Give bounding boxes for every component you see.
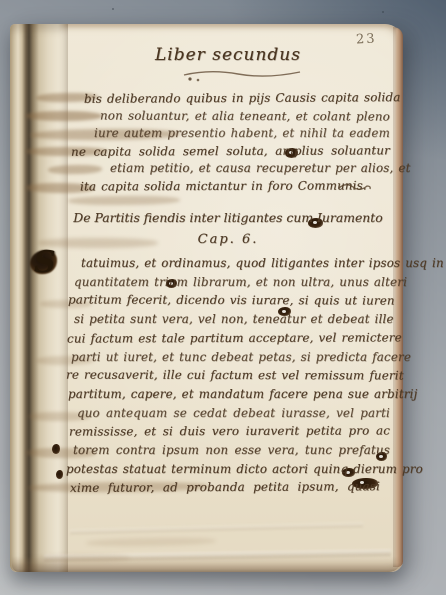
manuscript-line: quo antequam se cedat debeat iurasse, ve… bbox=[77, 404, 390, 423]
manuscript-line: partitum, capere, et mandatum facere pen… bbox=[68, 385, 390, 404]
manuscript-line: torem contra ipsum non esse vera, tunc p… bbox=[73, 441, 390, 460]
manuscript-line: non soluantur, et alia teneant, et colan… bbox=[100, 107, 390, 126]
manuscript-line: remississe, et si duis vero iuraverit pe… bbox=[69, 422, 390, 442]
drop-cap-initial: S bbox=[28, 247, 62, 279]
paragraph-lines: tatuimus, et ordinamus, quod litigantes … bbox=[66, 254, 390, 497]
heading-flourish-decoration bbox=[182, 66, 302, 82]
ink-blot bbox=[52, 444, 60, 454]
manuscript-line: ne capita solida semel soluta, amplius s… bbox=[71, 142, 390, 161]
manuscript-line: etiam petitio, et causa recuperetur per … bbox=[110, 160, 390, 178]
book-title: Liber secundus bbox=[66, 45, 390, 65]
chapter-number: Cap. 6. bbox=[66, 232, 390, 247]
ink-blot bbox=[56, 470, 63, 479]
dust-speck bbox=[112, 8, 114, 10]
manuscript-line: xime futuror, ad probanda petita ipsum, … bbox=[70, 478, 380, 498]
dust-speck bbox=[382, 11, 384, 13]
manuscript-line: cui factum est tale partitum acceptare, … bbox=[67, 328, 390, 348]
paragraph-block-1: bis deliberando quibus in pijs Causis ca… bbox=[66, 90, 390, 195]
manuscript-line: iure autem presentio habent, et nihil ta… bbox=[94, 125, 390, 143]
paragraph-block-2: S tatuimus, et ordinamus, quod litigante… bbox=[66, 254, 390, 497]
manuscript-line: si petita sunt vera, vel non, teneatur e… bbox=[74, 310, 390, 329]
photo-backdrop: 23 Liber secundus bis deliberando quibus… bbox=[0, 0, 446, 595]
manuscript-line: bis deliberando quibus in pijs Causis ca… bbox=[84, 89, 390, 108]
manuscript-line: ita capita solida mictantur in foro Comm… bbox=[80, 177, 332, 195]
page-content: Liber secundus bis deliberando quibus in… bbox=[66, 24, 390, 572]
manuscript-line: re recusaverit, ille cui factum est vel … bbox=[66, 366, 390, 386]
paragraph-end-flourish bbox=[338, 181, 372, 193]
manuscript-line: tatuimus, et ordinamus, quod litigantes … bbox=[81, 254, 390, 273]
manuscript-line: potestas statuat terminum dicto actori q… bbox=[66, 460, 390, 479]
drop-cap-letter: S bbox=[34, 245, 56, 280]
manuscript-line: quantitatem trium librarum, et non ultra… bbox=[74, 273, 390, 292]
manuscript-page: 23 Liber secundus bis deliberando quibus… bbox=[10, 24, 403, 572]
chapter-heading: De Partitis fiendis inter litigantes cum… bbox=[66, 210, 390, 225]
manuscript-line: partitum fecerit, dicendo vis iurare, si… bbox=[68, 291, 390, 311]
manuscript-line: parti ut iuret, et tunc debeat petas, si… bbox=[71, 348, 390, 367]
